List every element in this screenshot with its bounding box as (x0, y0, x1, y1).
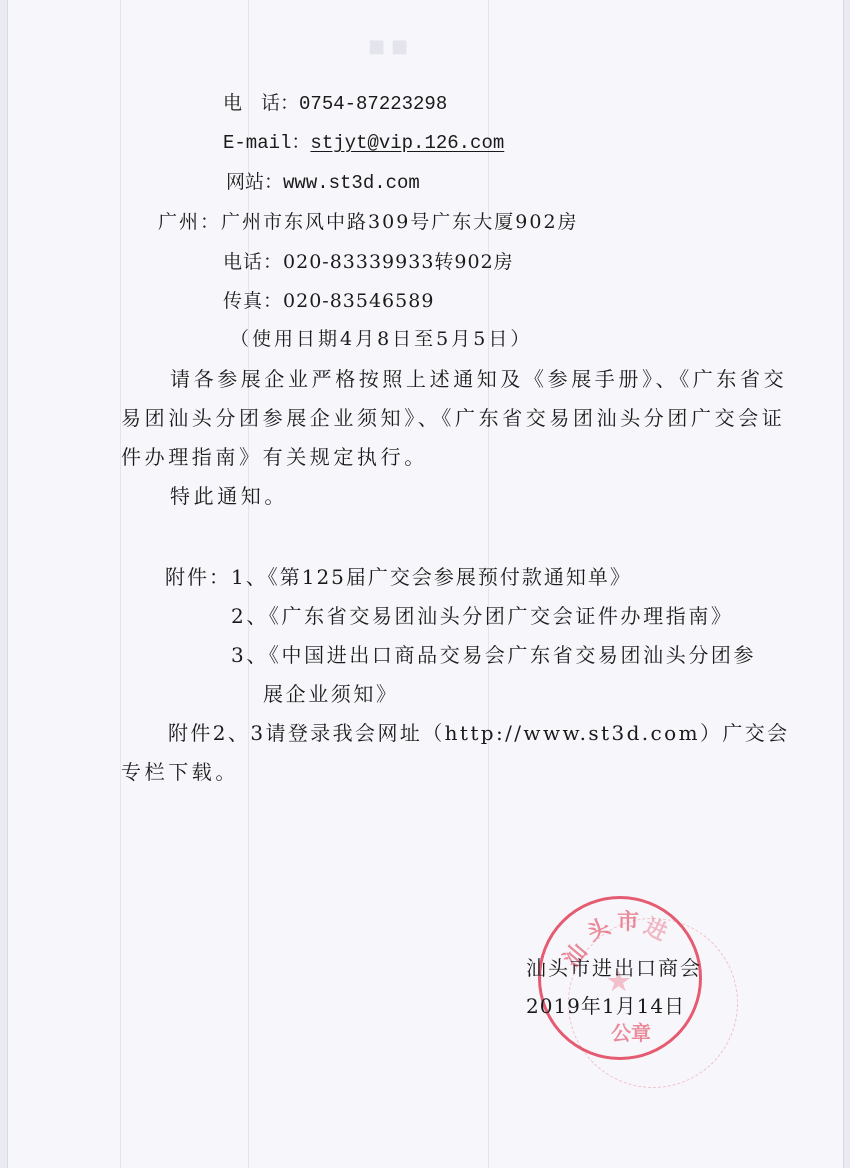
seal-glyph: 头 (581, 910, 614, 947)
seal-glyph: 进 (639, 910, 672, 947)
download-note-line: 专栏下载。 (121, 760, 761, 784)
seal-glyph: 市 (617, 905, 639, 936)
guangzhou-phone-line: 电话：020-83339933转902房 (223, 250, 514, 274)
guangzhou-address-line: 广州：广州市东风中路309号广东大厦902房 (158, 210, 579, 234)
body-paragraph-line: 请各参展企业严格按照上述通知及《参展手册》、《广东省交 (170, 367, 810, 391)
body-paragraph-line: 易团汕头分团参展企业须知》、《广东省交易团汕头分团广交会证 (121, 406, 761, 430)
contact-email-link[interactable]: stjyt@vip.126.com (310, 132, 504, 154)
contact-website-line: 网站：www.st3d.com (226, 170, 420, 195)
guangzhou-address: 广州市东风中路309号广东大厦902房 (221, 211, 579, 233)
contact-phone-value: 0754-87223298 (299, 93, 447, 115)
download-note-line: 附件2、3请登录我会网址（http://www.st3d.com）广交会 (168, 721, 808, 745)
signature-date: 2019年1月14日 (526, 994, 685, 1018)
guangzhou-phone-value: 020-83339933转902房 (283, 251, 514, 273)
bleed-through-mark: ■■ (368, 36, 414, 57)
scan-fold-line (120, 0, 121, 1168)
guangzhou-fax-label: 传真： (223, 290, 283, 312)
guangzhou-fax-line: 传真：020-83546589 (223, 289, 434, 313)
body-paragraph-line: 件办理指南》有关规定执行。 (121, 445, 761, 469)
guangzhou-label: 广州： (158, 211, 221, 233)
attachments-label: 附件： (165, 565, 231, 589)
attachment-line-1: 附件：1、《第125届广交会参展预付款通知单》 (165, 565, 805, 589)
contact-phone-line: 电 话：0754-87223298 (223, 91, 447, 116)
closing-statement: 特此通知。 (170, 484, 810, 508)
contact-phone-label: 电 话： (223, 92, 299, 114)
seal-glyph: 公章 (611, 1017, 651, 1046)
guangzhou-phone-label: 电话： (223, 251, 283, 273)
guangzhou-usage-period: （使用日期4月8日至5月5日） (230, 327, 532, 351)
attachment-item-continuation: 展企业须知》 (263, 682, 844, 706)
guangzhou-fax-value: 020-83546589 (283, 290, 434, 312)
contact-website-value: www.st3d.com (283, 172, 420, 194)
attachment-item: 2、《广东省交易团汕头分团广交会证件办理指南》 (231, 604, 844, 628)
contact-website-label: 网站： (226, 171, 283, 193)
document-page: ■■ 电 话：0754-87223298 E-mail：stjyt@vip.12… (7, 0, 844, 1168)
contact-email-label: E-mail： (223, 132, 310, 154)
signature-organization: 汕头市进出口商会 (526, 956, 702, 980)
contact-email-line: E-mail：stjyt@vip.126.com (223, 131, 504, 155)
attachment-item: 3、《中国进出口商品交易会广东省交易团汕头分团参 (231, 643, 844, 667)
attachment-item: 1、《第125届广交会参展预付款通知单》 (231, 565, 632, 589)
